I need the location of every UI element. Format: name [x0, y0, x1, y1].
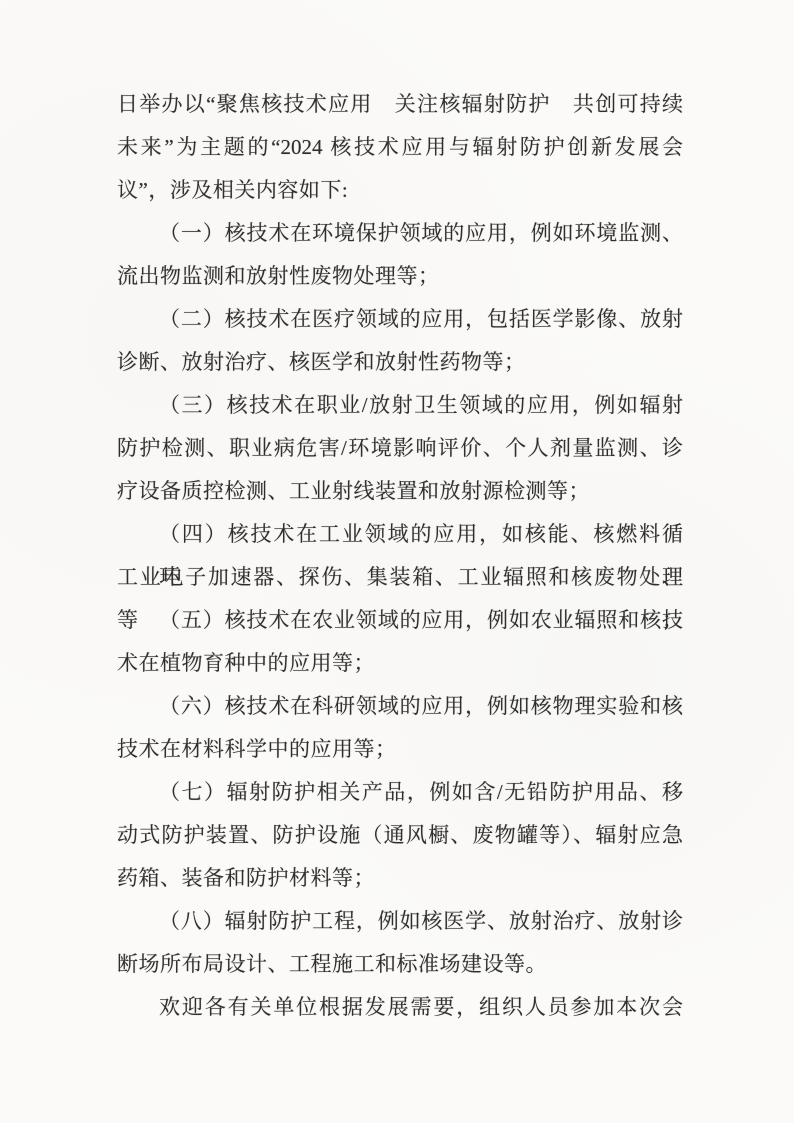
- document-line: （三）核技术在职业/放射卫生领域的应用，例如辐射: [117, 384, 683, 427]
- document-line: 术在植物育种中的应用等；: [117, 642, 683, 685]
- document-line: 技术在材料科学中的应用等；: [117, 728, 683, 771]
- document-line: （八）辐射防护工程，例如核医学、放射治疗、放射诊: [117, 900, 683, 943]
- document-line: 欢迎各有关单位根据发展需要，组织人员参加本次会: [117, 986, 683, 1029]
- document-line: 防护检测、职业病危害/环境影响评价、个人剂量监测、诊: [117, 427, 683, 470]
- document-line: （七）辐射防护相关产品，例如含/无铅防护用品、移: [117, 771, 683, 814]
- document-line: 动式防护装置、防护设施（通风橱、废物罐等）、辐射应急: [117, 814, 683, 857]
- document-line: （四）核技术在工业领域的应用，如核能、核燃料循环、: [117, 513, 683, 556]
- document-body: 日举办以“聚焦核技术应用 关注核辐射防护 共创可持续未来”为主题的“2024 核…: [117, 83, 683, 1029]
- document-line: 诊断、放射治疗、核医学和放射性药物等；: [117, 341, 683, 384]
- document-line: 流出物监测和放射性废物处理等；: [117, 255, 683, 298]
- document-line: （六）核技术在科研领域的应用，例如核物理实验和核: [117, 685, 683, 728]
- document-page: 日举办以“聚焦核技术应用 关注核辐射防护 共创可持续未来”为主题的“2024 核…: [0, 0, 794, 1123]
- document-line: 日举办以“聚焦核技术应用 关注核辐射防护 共创可持续: [117, 83, 683, 126]
- document-line: 未来”为主题的“2024 核技术应用与辐射防护创新发展会: [117, 126, 683, 169]
- document-line: （一）核技术在环境保护领域的应用，例如环境监测、: [117, 212, 683, 255]
- document-line: （二）核技术在医疗领域的应用，包括医学影像、放射: [117, 298, 683, 341]
- document-line: （五）核技术在农业领域的应用，例如农业辐照和核技: [117, 599, 683, 642]
- document-line: 议”，涉及相关内容如下:: [117, 169, 683, 212]
- document-line: 工业电子加速器、探伤、集装箱、工业辐照和核废物处理等；: [117, 556, 683, 599]
- document-line: 断场所布局设计、工程施工和标准场建设等。: [117, 943, 683, 986]
- document-line: 疗设备质控检测、工业射线装置和放射源检测等；: [117, 470, 683, 513]
- document-line: 药箱、装备和防护材料等；: [117, 857, 683, 900]
